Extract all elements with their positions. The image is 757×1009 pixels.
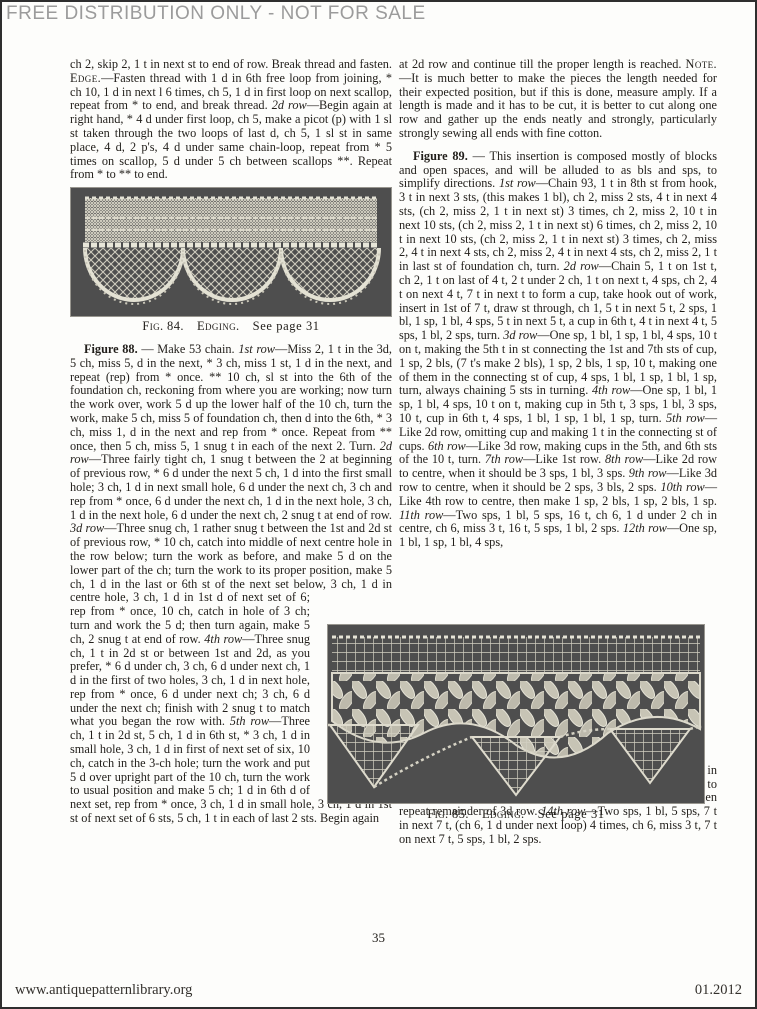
text-run: ch 2, skip 2, 1 t in next st to end of r…	[70, 57, 392, 71]
text-run: 1st row	[499, 176, 536, 190]
text-run: 3d row	[503, 328, 537, 342]
text-run: 12th row	[623, 521, 667, 535]
text-run: —Like 1st row.	[523, 452, 605, 466]
text-run: 5th row	[230, 714, 269, 728]
text-run: 2d row	[564, 259, 599, 273]
text-run: See page 31	[240, 319, 320, 333]
text-run: —Three fairly tight ch, 1 snug t between…	[70, 452, 392, 521]
footer: www.antiquepatternlibrary.org 01.2012	[15, 982, 742, 999]
text-run: 10th row	[660, 480, 704, 494]
text-run	[469, 807, 482, 821]
text-run	[184, 319, 197, 333]
figure-85: Fig. 85. Edging. See page 31	[327, 624, 705, 822]
figure-84: Fig. 84. Edging. See page 31	[70, 187, 392, 334]
figure-85-caption: Fig. 85. Edging. See page 31	[327, 807, 705, 822]
left-continuation-paragraph: ch 2, skip 2, 1 t in next st to end of r…	[70, 58, 392, 182]
text-run: Edging.	[482, 807, 525, 821]
text-run: 9th row	[629, 466, 667, 480]
text-run: 3d row	[70, 521, 104, 535]
text-run: 6th row	[428, 439, 466, 453]
text-run: 5th row	[666, 411, 705, 425]
text-run: 2d row	[272, 98, 307, 112]
figure-84-caption: Fig. 84. Edging. See page 31	[70, 320, 392, 334]
footer-date: 01.2012	[695, 982, 742, 999]
figure-89-paragraph: Figure 89. — This insertion is composed …	[399, 150, 717, 550]
figure-84-lace-photo	[70, 187, 392, 317]
text-run: 4th row	[592, 383, 630, 397]
text-run: Figure 89.	[413, 149, 468, 163]
text-run: 11th row	[399, 508, 443, 522]
text-run: at 2d row and continue till the proper l…	[399, 57, 686, 71]
text-run: Fig. 85.	[427, 807, 469, 821]
scanned-book-page: FREE DISTRIBUTION ONLY - NOT FOR SALE ch…	[0, 0, 757, 1009]
text-run: See page 31	[525, 807, 605, 821]
footer-site-url: www.antiquepatternlibrary.org	[15, 982, 192, 999]
text-run: —It is much better to make the pieces th…	[399, 71, 717, 140]
text-run: 7th row	[485, 452, 523, 466]
text-run: 1st row	[238, 342, 275, 356]
free-distribution-banner: FREE DISTRIBUTION ONLY - NOT FOR SALE	[6, 3, 426, 25]
text-run: 8th row	[605, 452, 643, 466]
text-run: —Miss 2, 1 t in the 3d, 5 ch, miss 5, d …	[70, 342, 392, 453]
text-run: Fig. 84.	[142, 319, 184, 333]
text-run: Edge.	[70, 71, 101, 85]
text-run: Edging.	[197, 319, 240, 333]
right-continuation-paragraph: at 2d row and continue till the proper l…	[399, 58, 717, 141]
text-run: Note.	[686, 57, 717, 71]
figure-85-lace-photo	[327, 624, 705, 804]
text-run: 4th row	[204, 632, 242, 646]
page-number: 35	[2, 930, 755, 946]
text-run: — Make 53 chain.	[138, 342, 239, 356]
text-run: Figure 88.	[84, 342, 138, 356]
